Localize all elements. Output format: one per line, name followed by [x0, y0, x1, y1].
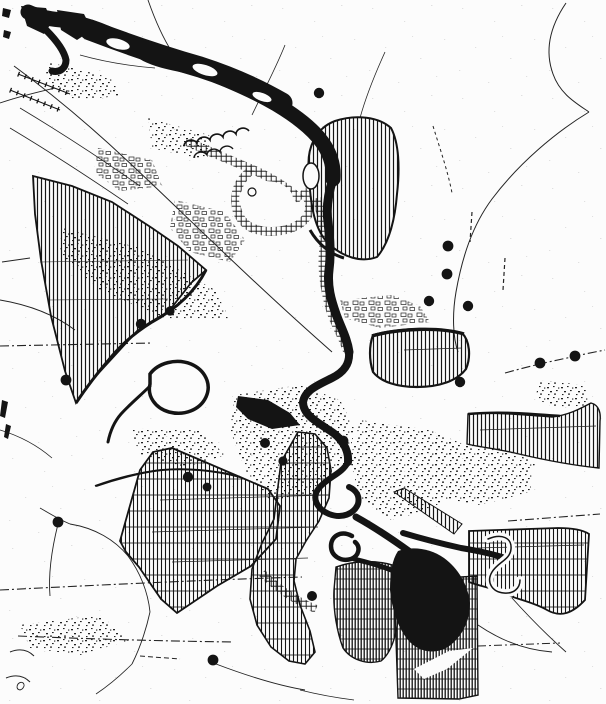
- island-channel: [303, 163, 319, 189]
- site-dot-19: [307, 591, 317, 601]
- lake-islet-circle: [248, 188, 256, 196]
- site-dot-5: [463, 301, 473, 311]
- site-dot-17: [53, 517, 64, 528]
- scanned-city-map: [0, 0, 606, 704]
- site-dot-8: [455, 377, 465, 387]
- lake-white: [239, 181, 293, 217]
- site-dot-10: [260, 438, 270, 448]
- site-dot-7: [570, 351, 581, 362]
- site-dot-2: [443, 241, 454, 252]
- site-dot-14: [61, 375, 72, 386]
- site-dot-11: [278, 456, 287, 465]
- zone-center-block: [370, 329, 469, 387]
- site-dot-3: [442, 269, 453, 280]
- site-dot-12: [136, 319, 146, 329]
- site-dot-18: [208, 655, 219, 666]
- zone-south-pocket: [334, 562, 399, 663]
- site-dot-4: [424, 296, 434, 306]
- city-map-canvas: [0, 0, 606, 704]
- site-dot-16: [203, 483, 212, 492]
- site-dot-13: [165, 306, 174, 315]
- oxbow-loop-west: [149, 361, 208, 413]
- site-dot-6: [535, 358, 546, 369]
- site-dot-1: [314, 88, 324, 98]
- site-dot-15: [183, 472, 193, 482]
- site-dot-9: [338, 436, 349, 447]
